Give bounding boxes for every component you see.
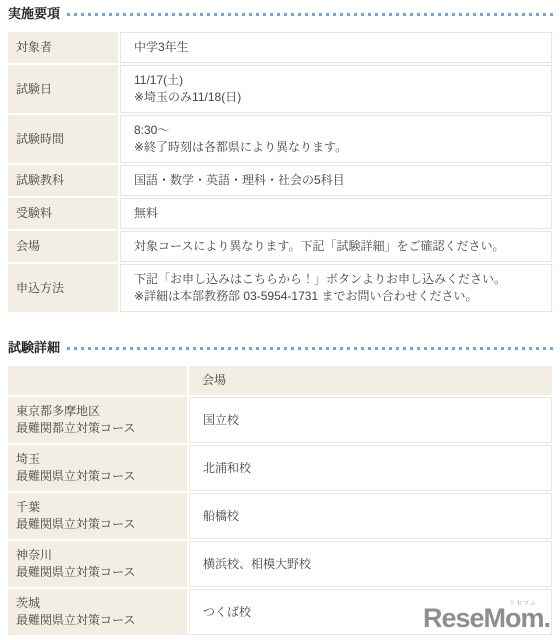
table-row: 東京都多摩地区 最難関都立対策コース 国立校: [8, 397, 552, 443]
row-value: 北浦和校: [189, 445, 552, 491]
row-label: 申込方法: [8, 264, 118, 312]
row-label: 東京都多摩地区 最難関都立対策コース: [8, 397, 187, 443]
section-title: 試験詳細: [8, 340, 60, 355]
table-row: 試験日 11/17(土) ※埼玉のみ11/18(日): [8, 65, 552, 113]
row-value: 8:30～ ※終了時刻は各都県により異なります。: [120, 115, 552, 163]
table-row: 埼玉 最難関県立対策コース 北浦和校: [8, 445, 552, 491]
table-row: 受験料 無料: [8, 198, 552, 229]
section-title: 実施要項: [8, 6, 60, 21]
table-row: 試験教科 国語・数学・英語・理科・社会の5科目: [8, 165, 552, 196]
row-label: 神奈川 最難関県立対策コース: [8, 541, 187, 587]
details-table: 会場 東京都多摩地区 最難関都立対策コース 国立校 埼玉 最難関県立対策コース …: [6, 364, 554, 637]
row-label: 千葉 最難関県立対策コース: [8, 493, 187, 539]
row-value: 国語・数学・英語・理科・社会の5科目: [120, 165, 552, 196]
row-value: 無料: [120, 198, 552, 229]
corner-cell: [8, 366, 187, 395]
outline-table: 対象者 中学3年生 試験日 11/17(土) ※埼玉のみ11/18(日) 試験時…: [6, 30, 554, 314]
table-header-row: 会場: [8, 366, 552, 395]
row-label: 受験料: [8, 198, 118, 229]
table-row: 神奈川 最難関県立対策コース 横浜校、相模大野校: [8, 541, 552, 587]
row-label: 会場: [8, 231, 118, 262]
section-details: 試験詳細 会場 東京都多摩地区 最難関都立対策コース 国立校 埼玉 最難関県立対…: [6, 340, 554, 637]
column-header-venue: 会場: [189, 366, 552, 395]
table-row: 千葉 最難関県立対策コース 船橋校: [8, 493, 552, 539]
logo-text: ReseMom.: [423, 603, 550, 633]
row-label: 試験時間: [8, 115, 118, 163]
row-value: 下記「お申し込みはこちらから！」ボタンよりお申し込みください。 ※詳細は本部教務…: [120, 264, 552, 312]
article-body: 実施要項 対象者 中学3年生 試験日 11/17(土) ※埼玉のみ11/18(日…: [0, 0, 560, 637]
resemom-watermark-logo: リセマム ReseMom.: [423, 605, 550, 632]
section-outline-header: 実施要項: [8, 6, 554, 21]
row-label: 試験日: [8, 65, 118, 113]
section-details-header: 試験詳細: [8, 340, 554, 355]
row-value: 11/17(土) ※埼玉のみ11/18(日): [120, 65, 552, 113]
row-label: 試験教科: [8, 165, 118, 196]
row-value: 国立校: [189, 397, 552, 443]
table-row: 対象者 中学3年生: [8, 32, 552, 63]
table-row: 試験時間 8:30～ ※終了時刻は各都県により異なります。: [8, 115, 552, 163]
row-label: 茨城 最難関県立対策コース: [8, 589, 187, 635]
row-label: 埼玉 最難関県立対策コース: [8, 445, 187, 491]
row-value: 対象コースにより異なります。下記「試験詳細」をご確認ください。: [120, 231, 552, 262]
section-outline: 実施要項 対象者 中学3年生 試験日 11/17(土) ※埼玉のみ11/18(日…: [6, 6, 554, 314]
table-row: 会場 対象コースにより異なります。下記「試験詳細」をご確認ください。: [8, 231, 552, 262]
dotted-rule: [67, 13, 554, 16]
table-row: 申込方法 下記「お申し込みはこちらから！」ボタンよりお申し込みください。 ※詳細…: [8, 264, 552, 312]
logo-ruby-text: リセマム: [509, 601, 537, 607]
row-value: 中学3年生: [120, 32, 552, 63]
row-value: 船橋校: [189, 493, 552, 539]
row-value: 横浜校、相模大野校: [189, 541, 552, 587]
row-label: 対象者: [8, 32, 118, 63]
dotted-rule: [67, 347, 554, 350]
